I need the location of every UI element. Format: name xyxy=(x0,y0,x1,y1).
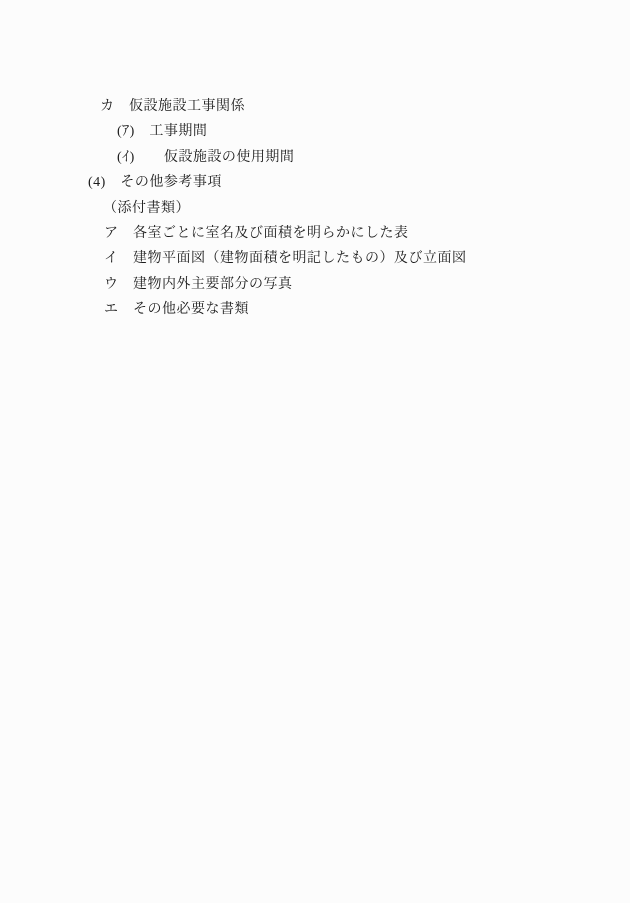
line-attached-documents-label: （添付書類） xyxy=(0,196,630,221)
line-construction-period: (ｱ) 工事期間 xyxy=(0,119,630,144)
document-page: カ 仮設施設工事関係 (ｱ) 工事期間 (ｲ) 仮設施設の使用期間 (4) その… xyxy=(0,0,630,903)
line-temporary-facility-heading: カ 仮設施設工事関係 xyxy=(0,94,630,119)
line-room-name-area-table: ア 各室ごとに室名及び面積を明らかにした表 xyxy=(0,221,630,246)
line-facility-usage-period: (ｲ) 仮設施設の使用期間 xyxy=(0,145,630,170)
line-building-photos: ウ 建物内外主要部分の写真 xyxy=(0,272,630,297)
document-text-block: カ 仮設施設工事関係 (ｱ) 工事期間 (ｲ) 仮設施設の使用期間 (4) その… xyxy=(0,94,630,323)
line-floor-plan-elevation: イ 建物平面図（建物面積を明記したもの）及び立面図 xyxy=(0,246,630,271)
line-other-reference-items: (4) その他参考事項 xyxy=(0,170,630,195)
line-other-required-documents: エ その他必要な書類 xyxy=(0,297,630,322)
